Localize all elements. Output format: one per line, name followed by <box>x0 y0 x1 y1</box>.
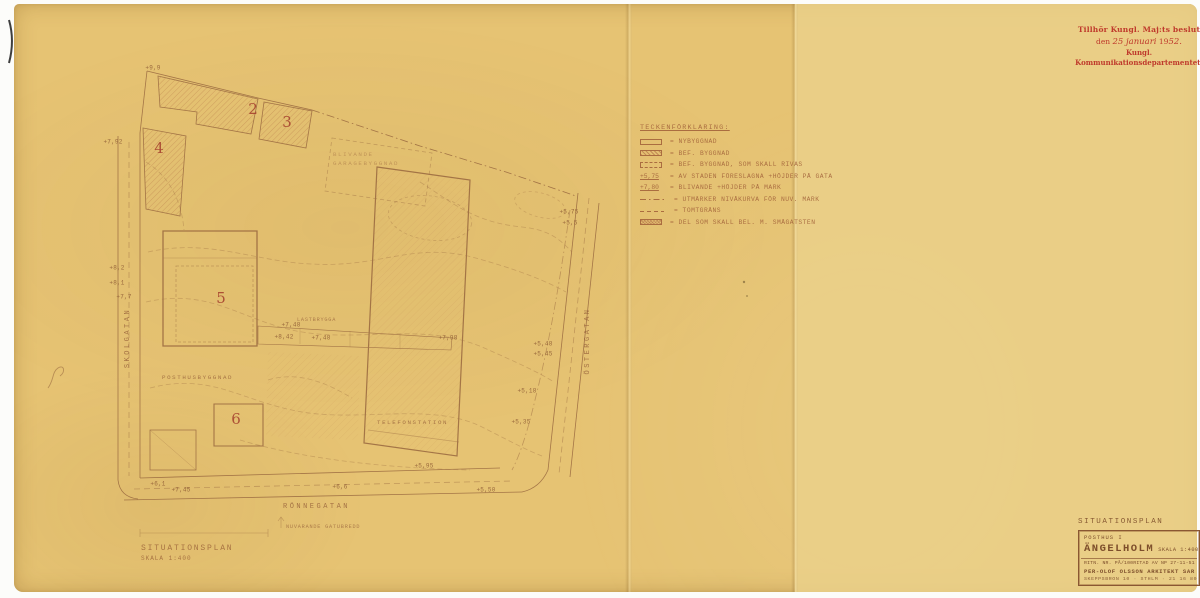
parcel-number-3: 3 <box>282 113 292 131</box>
legend-item-label: = TOMTGRÄNS <box>674 207 721 214</box>
title-block-drawn-by: RITAD AV NP 27-11-51 <box>1133 561 1195 566</box>
legend-symbol-swatch-dashed <box>640 162 670 168</box>
street-width-note: NUVARANDE GATUBREDD <box>286 524 360 530</box>
stamp-line1: Tillhör Kungl. Maj:ts beslut <box>1068 25 1200 36</box>
title-block-city-row: ÄNGELHOLM SKALA 1:400 <box>1081 542 1197 556</box>
elevation-label: +7,98 <box>438 335 457 342</box>
elevation-label: +9,9 <box>145 65 160 72</box>
stamp-line2: den 25 januari 1952. <box>1068 36 1200 48</box>
title-block-heading: SITUATIONSPLAN <box>1078 518 1200 526</box>
title-block-city: ÄNGELHOLM <box>1084 543 1154 555</box>
stamp-line3: Kungl. Kommunikationsdepartementet. <box>1068 48 1200 68</box>
elevation-label: +7,48 <box>281 322 300 329</box>
legend-item: = BEF. BYGGNAD <box>640 148 833 160</box>
footer-title-text: SITUATIONSPLAN <box>141 544 233 553</box>
parcel-number-2: 2 <box>248 100 258 118</box>
legend-items: = NYBYGGNAD= BEF. BYGGNAD= BEF. BYGGNAD,… <box>640 136 833 228</box>
elevation-label: +8,2 <box>109 265 124 272</box>
elevation-label: +5,50 <box>476 487 495 494</box>
legend-item-label: = DEL SOM SKALL BEL. M. SMÅGATSTEN <box>670 219 815 226</box>
legend-symbol-swatch-hatched <box>640 150 670 156</box>
elevation-label: +5,75 <box>559 209 578 216</box>
title-block-address: SKEPPSBRON 10 · STHLM · 21 16 80 <box>1081 576 1197 583</box>
north-squiggle-mark <box>48 367 64 388</box>
scanned-site-plan-sheet: Tillhör Kungl. Maj:ts beslut den 25 janu… <box>0 0 1200 598</box>
telefonstation-label: TELEFONSTATION <box>377 419 448 426</box>
legend-symbol-swatch-hatched2 <box>640 219 670 225</box>
paper-stain <box>746 295 748 297</box>
legend-item-label: = NYBYGGNAD <box>670 138 717 145</box>
legend-item: = TOMTGRÄNS <box>640 205 833 217</box>
elevation-label: +7,48 <box>311 335 330 342</box>
legend-item: +7,80= BLIVANDE +HÖJDER PÅ MARK <box>640 182 833 194</box>
title-block-drawing-row: RITN. NR. PÅ/100 RITAD AV NP 27-11-51 <box>1081 558 1197 567</box>
title-block-architect: PER-OLOF OLSSON ARKITEKT SAR <box>1081 567 1197 576</box>
footer-title: SITUATIONSPLAN SKALA 1:400 <box>141 544 233 562</box>
garage-label-line2: GARAGEBYGGNAD <box>333 160 399 167</box>
legend-item-label: = AV STADEN FÖRESLAGNA +HÖJDER PÅ GATA <box>670 173 833 180</box>
street-label-ronnegatan: RÖNNEGATAN <box>283 503 350 511</box>
elevation-label: +5,45 <box>533 351 552 358</box>
stamp-handwritten-date: 25 januari <box>1112 37 1156 47</box>
title-block-drawing-no: RITN. NR. PÅ/100 <box>1084 561 1133 566</box>
title-block-building: POSTHUS I <box>1081 533 1197 542</box>
ink-archive-mark <box>9 20 12 63</box>
legend-item-label: = BEF. BYGGNAD <box>670 150 730 157</box>
footer-scale-text: SKALA 1:400 <box>141 555 233 562</box>
royal-decree-stamp: Tillhör Kungl. Maj:ts beslut den 25 janu… <box>1068 25 1200 68</box>
elevation-label: +5,48 <box>533 341 552 348</box>
legend-item: +5,75= AV STADEN FÖRESLAGNA +HÖJDER PÅ G… <box>640 171 833 183</box>
title-block: SITUATIONSPLAN POSTHUS I ÄNGELHOLM SKALA… <box>1078 518 1200 586</box>
posthus-label: POSTHUSBYGGNAD <box>162 374 233 381</box>
legend-symbol-swatch-empty <box>640 139 670 145</box>
elevation-label: +8,42 <box>274 334 293 341</box>
site-plan-drawing <box>0 0 1200 598</box>
legend-item-label: = UTMÄRKER NIVÅKURVA FÖR NUV. MARK <box>674 196 819 203</box>
title-block-scale: SKALA 1:400 <box>1158 547 1198 553</box>
legend-symbol-text: +7,80 <box>640 184 670 191</box>
elevation-label: +5,35 <box>511 419 530 426</box>
parcel-number-6: 6 <box>231 410 241 428</box>
legend-item: = NYBYGGNAD <box>640 136 833 148</box>
garage-label-line1: BLIVANDE <box>333 151 374 158</box>
elevation-label: +7,45 <box>171 487 190 494</box>
elevation-label: +5,95 <box>414 463 433 470</box>
paper-stain <box>743 281 745 283</box>
legend-title: TECKENFÖRKLARING: <box>640 124 833 132</box>
legend-item-label: = BLIVANDE +HÖJDER PÅ MARK <box>670 184 781 191</box>
elevation-label: +6,6 <box>332 484 347 491</box>
elevation-label: +7,92 <box>103 139 122 146</box>
street-label-ostergatan: ÖSTERGATAN <box>584 307 592 374</box>
legend-item: = DEL SOM SKALL BEL. M. SMÅGATSTEN <box>640 217 833 229</box>
elevation-label: +5,5 <box>562 220 577 227</box>
elevation-label: +6,1 <box>150 481 165 488</box>
lastbrygga-label: LASTBRYGGA <box>297 317 336 323</box>
parcel-number-4: 4 <box>154 139 164 157</box>
title-block-frame: POSTHUS I ÄNGELHOLM SKALA 1:400 RITN. NR… <box>1078 530 1200 586</box>
legend-symbol-text: +5,75 <box>640 173 670 180</box>
legend-item-label: = BEF. BYGGNAD, SOM SKALL RIVAS <box>670 161 803 168</box>
parcel-number-5: 5 <box>216 289 226 307</box>
street-label-skolgatan: SKOLGATAN <box>124 308 132 368</box>
legend-item: = UTMÄRKER NIVÅKURVA FÖR NUV. MARK <box>640 194 833 206</box>
legend-item: = BEF. BYGGNAD, SOM SKALL RIVAS <box>640 159 833 171</box>
legend: TECKENFÖRKLARING: = NYBYGGNAD= BEF. BYGG… <box>640 124 833 228</box>
elevation-label: +5,18 <box>517 388 536 395</box>
elevation-label: +7,7 <box>116 294 131 301</box>
elevation-label: +8,1 <box>109 280 124 287</box>
